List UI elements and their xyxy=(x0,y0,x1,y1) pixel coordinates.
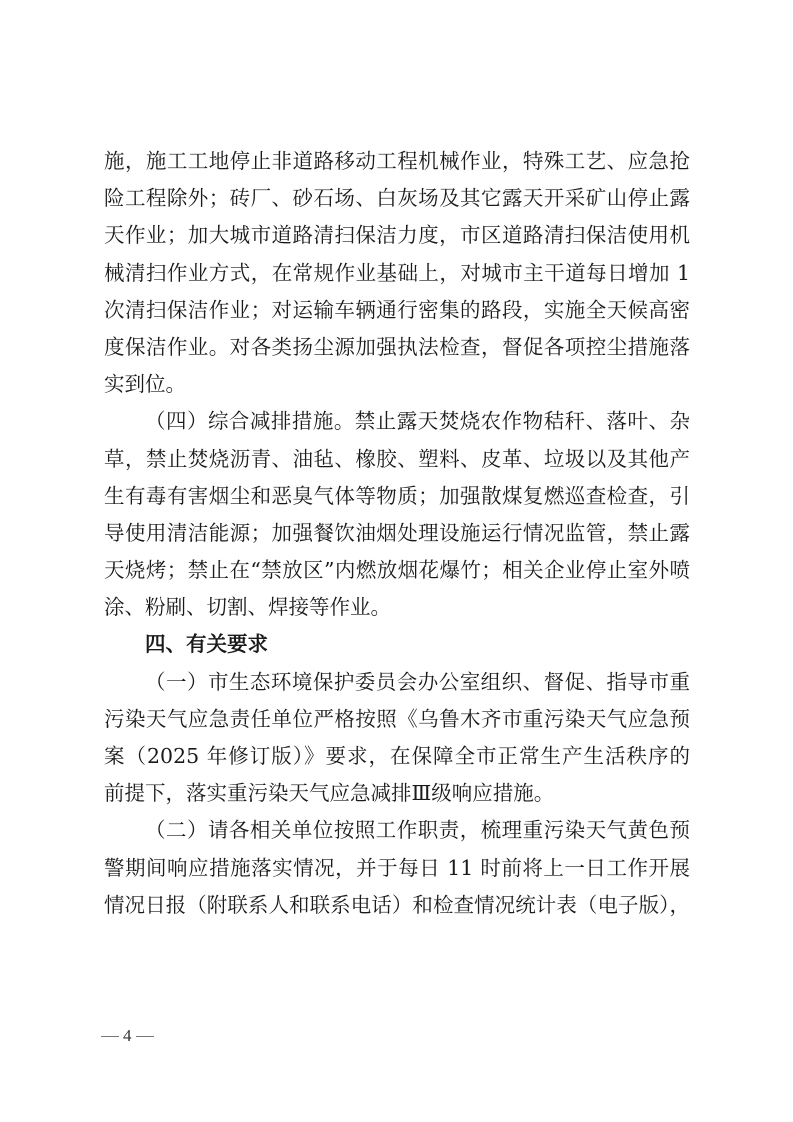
text-line: 警期间响应措施落实情况，并于每日 11 时前将上一日工作开展 xyxy=(104,850,690,887)
text-line: 险工程除外；砖厂、砂石场、白灰场及其它露天开采矿山停止露 xyxy=(104,180,690,217)
text-line: （一）市生态环境保护委员会办公室组织、督促、指导市重 xyxy=(104,664,690,701)
text-line: 度保洁作业。对各类扬尘源加强执法检查，督促各项控尘措施落 xyxy=(104,329,690,366)
text-line: 前提下，落实重污染天气应急减排Ⅲ级响应措施。 xyxy=(104,775,690,812)
text-line: 情况日报（附联系人和联系电话）和检查情况统计表（电子版）， xyxy=(104,887,690,924)
page-number: 4 xyxy=(123,1026,132,1046)
text-line: 污染天气应急责任单位严格按照《乌鲁木齐市重污染天气应急预 xyxy=(104,701,690,738)
text-line: 天烧烤；禁止在“禁放区”内燃放烟花爆竹；相关企业停止室外喷 xyxy=(104,552,690,589)
page-footer: 4 xyxy=(101,1026,154,1046)
text-line: 导使用清洁能源；加强餐饮油烟处理设施运行情况监管，禁止露 xyxy=(104,515,690,552)
text-line: （二）请各相关单位按照工作职责，梳理重污染天气黄色预 xyxy=(104,812,690,849)
text-line: 施，施工工地停止非道路移动工程机械作业，特殊工艺、应急抢 xyxy=(104,143,690,180)
dash-right xyxy=(136,1036,154,1037)
text-line: 案（2025 年修订版）》要求，在保障全市正常生产生活秩序的 xyxy=(104,738,690,775)
paragraph-requirement-1: （一）市生态环境保护委员会办公室组织、督促、指导市重 污染天气应急责任单位严格按… xyxy=(104,664,690,813)
text-line: 涂、粉刷、切割、焊接等作业。 xyxy=(104,589,690,626)
document-page: 施，施工工地停止非道路移动工程机械作业，特殊工艺、应急抢 险工程除外；砖厂、砂石… xyxy=(104,143,690,924)
text-line: 实到位。 xyxy=(104,366,690,403)
text-line: 械清扫作业方式，在常规作业基础上，对城市主干道每日增加 1 xyxy=(104,255,690,292)
section-heading: 四、有关要求 xyxy=(104,626,690,663)
text-line: 草，禁止焚烧沥青、油毡、橡胶、塑料、皮革、垃圾以及其他产 xyxy=(104,441,690,478)
paragraph-comprehensive-reduction: （四）综合减排措施。禁止露天焚烧农作物秸秆、落叶、杂 草，禁止焚烧沥青、油毡、橡… xyxy=(104,403,690,626)
dash-left xyxy=(101,1036,119,1037)
text-line: 生有毒有害烟尘和恶臭气体等物质；加强散煤复燃巡查检查，引 xyxy=(104,478,690,515)
text-line: 次清扫保洁作业；对运输车辆通行密集的路段，实施全天候高密 xyxy=(104,292,690,329)
text-line: （四）综合减排措施。禁止露天焚烧农作物秸秆、落叶、杂 xyxy=(104,403,690,440)
paragraph-continuation: 施，施工工地停止非道路移动工程机械作业，特殊工艺、应急抢 险工程除外；砖厂、砂石… xyxy=(104,143,690,403)
paragraph-requirement-2: （二）请各相关单位按照工作职责，梳理重污染天气黄色预 警期间响应措施落实情况，并… xyxy=(104,812,690,924)
text-line: 天作业；加大城市道路清扫保洁力度，市区道路清扫保洁使用机 xyxy=(104,217,690,254)
